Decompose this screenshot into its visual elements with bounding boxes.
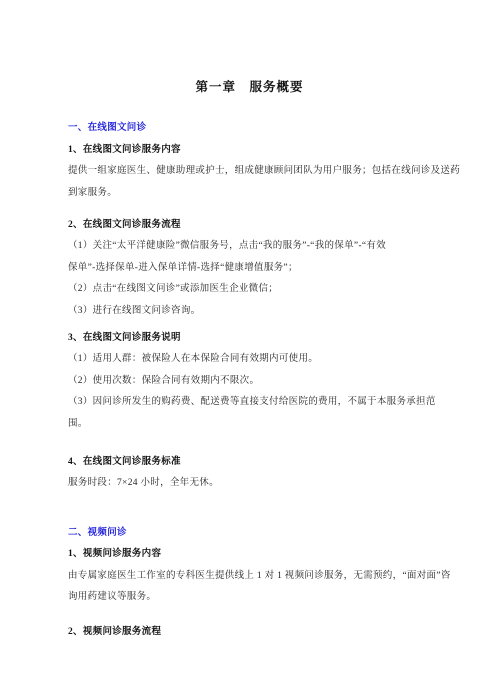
- body-line: （3）因问诊所发生的购药费、配送费等直接支付给医院的费用，不属于本服务承担范: [68, 392, 431, 414]
- body-line: 围。: [68, 414, 431, 436]
- document-page: 第一章 服务概要 一、在线图文问诊 1、在线图文问诊服务内容 提供一组家庭医生、…: [0, 0, 495, 700]
- body-line: （2）使用次数：保险合同有效期内不限次。: [68, 371, 431, 393]
- subsection-heading-process: 2、在线图文问诊服务流程: [68, 215, 431, 237]
- body-line: 询用药建议等服务。: [68, 587, 431, 609]
- subsection-heading-video-content: 1、视频问诊服务内容: [68, 544, 431, 566]
- subsection-heading-content: 1、在线图文问诊服务内容: [68, 140, 431, 162]
- body-line: （1）适用人群：被保险人在本保险合同有效期内可使用。: [68, 349, 431, 371]
- body-line: （3）进行在线图文问诊咨询。: [68, 301, 431, 323]
- body-line: 提供一组家庭医生、健康助理或护士，组成健康顾问团队为用户服务；包括在线问诊及送药: [68, 161, 431, 183]
- body-line: 保单”-选择保单-进入保单详情-选择“健康增值服务”；: [68, 258, 431, 280]
- subsection-heading-video-process: 2、视频问诊服务流程: [68, 622, 431, 644]
- section-heading-online-text-consult: 一、在线图文问诊: [68, 118, 431, 140]
- document-title: 第一章 服务概要: [68, 76, 431, 98]
- subsection-heading-notes: 3、在线图文问诊服务说明: [68, 328, 431, 350]
- body-line: （2）点击“在线图文问诊”或添加医生企业微信；: [68, 279, 431, 301]
- body-line: （1）关注“太平洋健康险”微信服务号，点击“我的服务”-“我的保单”-“有效: [68, 236, 431, 258]
- body-line: 由专属家庭医生工作室的专科医生提供线上 1 对 1 视频问诊服务，无需预约，“面…: [68, 566, 431, 588]
- body-line: 到家服务。: [68, 183, 431, 205]
- section-heading-video-consult: 二、视频问诊: [68, 523, 431, 545]
- subsection-heading-standard: 4、在线图文问诊服务标准: [68, 452, 431, 474]
- body-line: 服务时段：7×24 小时，全年无休。: [68, 473, 431, 495]
